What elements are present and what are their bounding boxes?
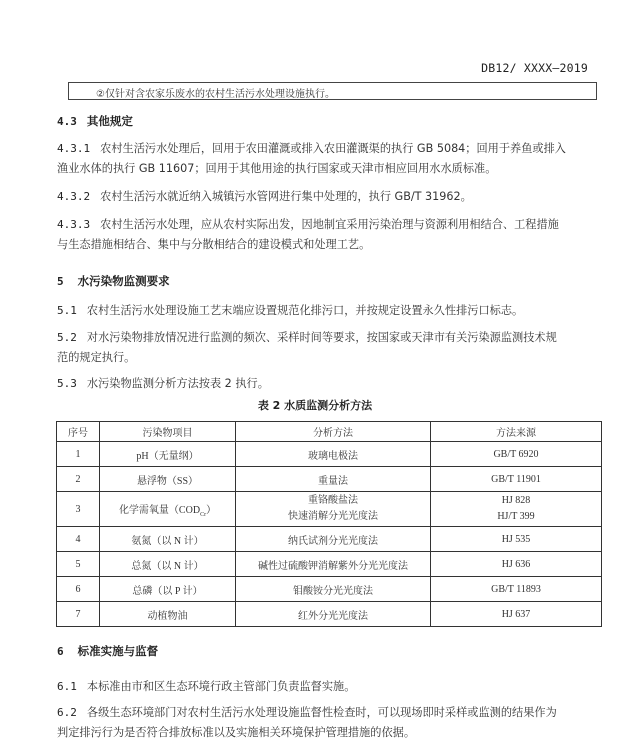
clause-4-3-3: 4.3.3农村生活污水处理，应从农村实际出发，因地制宜采用污染治理与资源利用相结… <box>57 216 559 232</box>
note-text: ②仅针对含农家乐废水的农村生活污水处理设施执行。 <box>96 85 335 100</box>
table-row: 2 悬浮物（SS） 重量法 GB/T 11901 <box>57 467 602 492</box>
water-quality-methods-table: 序号 污染物项目 分析方法 方法来源 1 pH（无量纲） 玻璃电极法 GB/T … <box>56 421 602 627</box>
clause-4-3-3-cont: 与生态措施相结合、集中与分散相结合的建设模式和处理工艺。 <box>57 236 370 252</box>
cod-cell: 化学需氧量（CODCr） <box>100 492 236 527</box>
clause-5-3: 5.3水污染物监测分析方法按表 2 执行。 <box>57 375 269 391</box>
table-row: 5 总氮（以 N 计） 碱性过硫酸钾消解紫外分光光度法 HJ 636 <box>57 552 602 577</box>
section-heading-6: 6标准实施与监督 <box>57 643 158 659</box>
clause-6-1: 6.1本标准由市和区生态环境行政主管部门负责监督实施。 <box>57 678 355 694</box>
document-code-header: DB12/ XXXX—2019 <box>481 61 588 75</box>
clause-5-2: 5.2对水污染物排放情况进行监测的频次、采样时间等要求，按国家或天津市有关污染源… <box>57 329 557 345</box>
clause-5-1: 5.1农村生活污水处理设施工艺末端应设置规范化排污口，并按规定设置永久性排污口标… <box>57 302 523 318</box>
column-header-method: 分析方法 <box>236 422 431 442</box>
table-row: 4 氨氮（以 N 计） 纳氏试剂分光光度法 HJ 535 <box>57 527 602 552</box>
section-heading-5: 5水污染物监测要求 <box>57 273 170 289</box>
clause-5-2-cont: 范的规定执行。 <box>57 349 135 365</box>
table-row: 1 pH（无量纲） 玻璃电极法 GB/T 6920 <box>57 442 602 467</box>
table-header-row: 序号 污染物项目 分析方法 方法来源 <box>57 422 602 442</box>
table-title: 表 2 水质监测分析方法 <box>0 397 630 413</box>
note-box: ②仅针对含农家乐废水的农村生活污水处理设施执行。 <box>68 82 597 100</box>
table-row: 3 化学需氧量（CODCr） 重铬酸盐法 快速消解分光光度法 HJ 828 HJ… <box>57 492 602 527</box>
clause-4-3-1-cont: 渔业水体的执行 GB 11607；回用于其他用途的执行国家或天津市相应回用水水质… <box>57 160 496 176</box>
table-row: 6 总磷（以 P 计） 钼酸铵分光光度法 GB/T 11893 <box>57 577 602 602</box>
clause-4-3-1: 4.3.1农村生活污水处理后，回用于农田灌溉或排入农田灌溉渠的执行 GB 508… <box>57 140 566 156</box>
clause-6-2: 6.2各级生态环境部门对农村生活污水处理设施监督性检查时，可以现场即时采样或监测… <box>57 704 557 720</box>
column-header-source: 方法来源 <box>431 422 602 442</box>
clause-4-3-2: 4.3.2农村生活污水就近纳入城镇污水管网进行集中处理的，执行 GB/T 319… <box>57 188 472 204</box>
column-header-pollutant: 污染物项目 <box>100 422 236 442</box>
clause-6-2-cont: 判定排污行为是否符合排放标准以及实施相关环境保护管理措施的依据。 <box>57 724 415 740</box>
column-header-no: 序号 <box>57 422 100 442</box>
section-heading-4-3: 4.3其他规定 <box>57 113 133 129</box>
table-row: 7 动植物油 红外分光光度法 HJ 637 <box>57 602 602 627</box>
